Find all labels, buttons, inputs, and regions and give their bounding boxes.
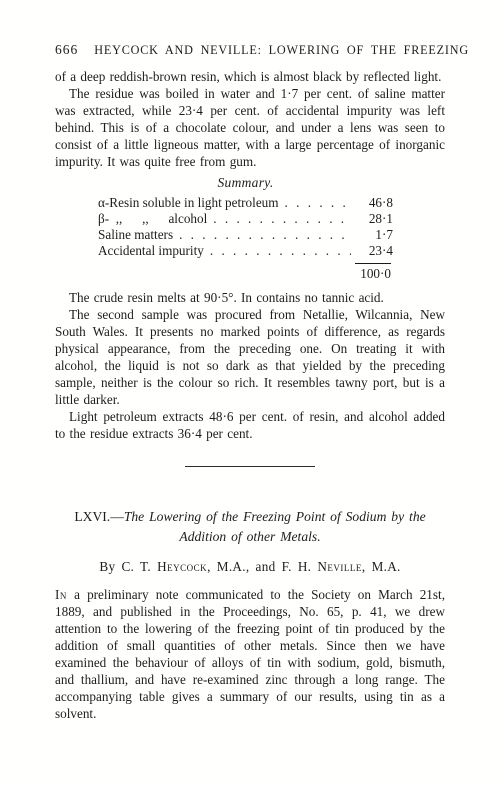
dot-leader: . . . . . . . . . . . . . . . . . . . . … <box>204 243 351 259</box>
byline-prefix: By C. T. <box>99 559 157 574</box>
journal-page: 666 HEYCOCK AND NEVILLE: LOWERING OF THE… <box>0 0 500 786</box>
paragraph-introduction: In a preliminary note communicated to th… <box>55 586 445 722</box>
summary-total-rule <box>355 263 391 264</box>
running-header: 666 HEYCOCK AND NEVILLE: LOWERING OF THE… <box>55 42 445 58</box>
section-divider-rule <box>185 466 315 467</box>
dot-leader: . . . . . . . . . . . . . . . . . . . . … <box>207 211 351 227</box>
summary-row-value: 1·7 <box>351 227 393 243</box>
author-neville: Neville <box>317 559 362 574</box>
paragraph-second-sample: The second sample was procured from Neta… <box>55 306 445 408</box>
paragraph-residue: The residue was boiled in water and 1·7 … <box>55 85 445 170</box>
paragraph-resin-continuation: of a deep reddish-brown resin, which is … <box>55 68 445 85</box>
dot-leader: . . . . . . . . . . . . . . . . . . . . … <box>279 195 351 211</box>
article-number: LXVI.— <box>74 509 123 524</box>
summary-row-saline-matters: Saline matters . . . . . . . . . . . . .… <box>98 227 393 243</box>
author-heycock: Heycock <box>157 559 207 574</box>
summary-row-value: 23·4 <box>351 243 393 259</box>
intro-text: a preliminary note communicated to the S… <box>55 587 445 721</box>
summary-row-label: Saline matters <box>98 227 173 243</box>
intro-lead-word: In <box>55 587 67 602</box>
dot-leader: . . . . . . . . . . . . . . . . . . . . … <box>173 227 351 243</box>
paragraph-extracts: Light petroleum extracts 48·6 per cent. … <box>55 408 445 442</box>
summary-row-value: 28·1 <box>351 211 393 227</box>
article-title: LXVI.—The Lowering of the Freezing Point… <box>55 507 445 546</box>
byline: By C. T. Heycock, M.A., and F. H. Nevill… <box>55 559 445 575</box>
summary-row-label: Accidental impurity <box>98 243 204 259</box>
running-title: HEYCOCK AND NEVILLE: LOWERING OF THE FRE… <box>94 43 469 58</box>
byline-suffix: , M.A. <box>362 559 401 574</box>
paragraph-crude-resin: The crude resin melts at 90·5°. In conta… <box>55 289 445 306</box>
page-number: 666 <box>55 42 78 58</box>
article-title-text: The Lowering of the Freezing Point of So… <box>124 509 426 544</box>
summary-total-value: 100·0 <box>98 266 393 282</box>
summary-row-beta-resin: β- ,, ,, alcohol . . . . . . . . . . . .… <box>98 211 393 227</box>
summary-title: Summary. <box>98 175 393 191</box>
summary-table: Summary. α-Resin soluble in light petrol… <box>98 175 393 282</box>
byline-middle: , M.A., and F. H. <box>207 559 317 574</box>
summary-row-value: 46·8 <box>351 195 393 211</box>
summary-row-label: α-Resin soluble in light petroleum <box>98 195 279 211</box>
summary-row-alpha-resin: α-Resin soluble in light petroleum . . .… <box>98 195 393 211</box>
summary-row-label: β- ,, ,, alcohol <box>98 211 207 227</box>
summary-row-accidental-impurity: Accidental impurity . . . . . . . . . . … <box>98 243 393 259</box>
